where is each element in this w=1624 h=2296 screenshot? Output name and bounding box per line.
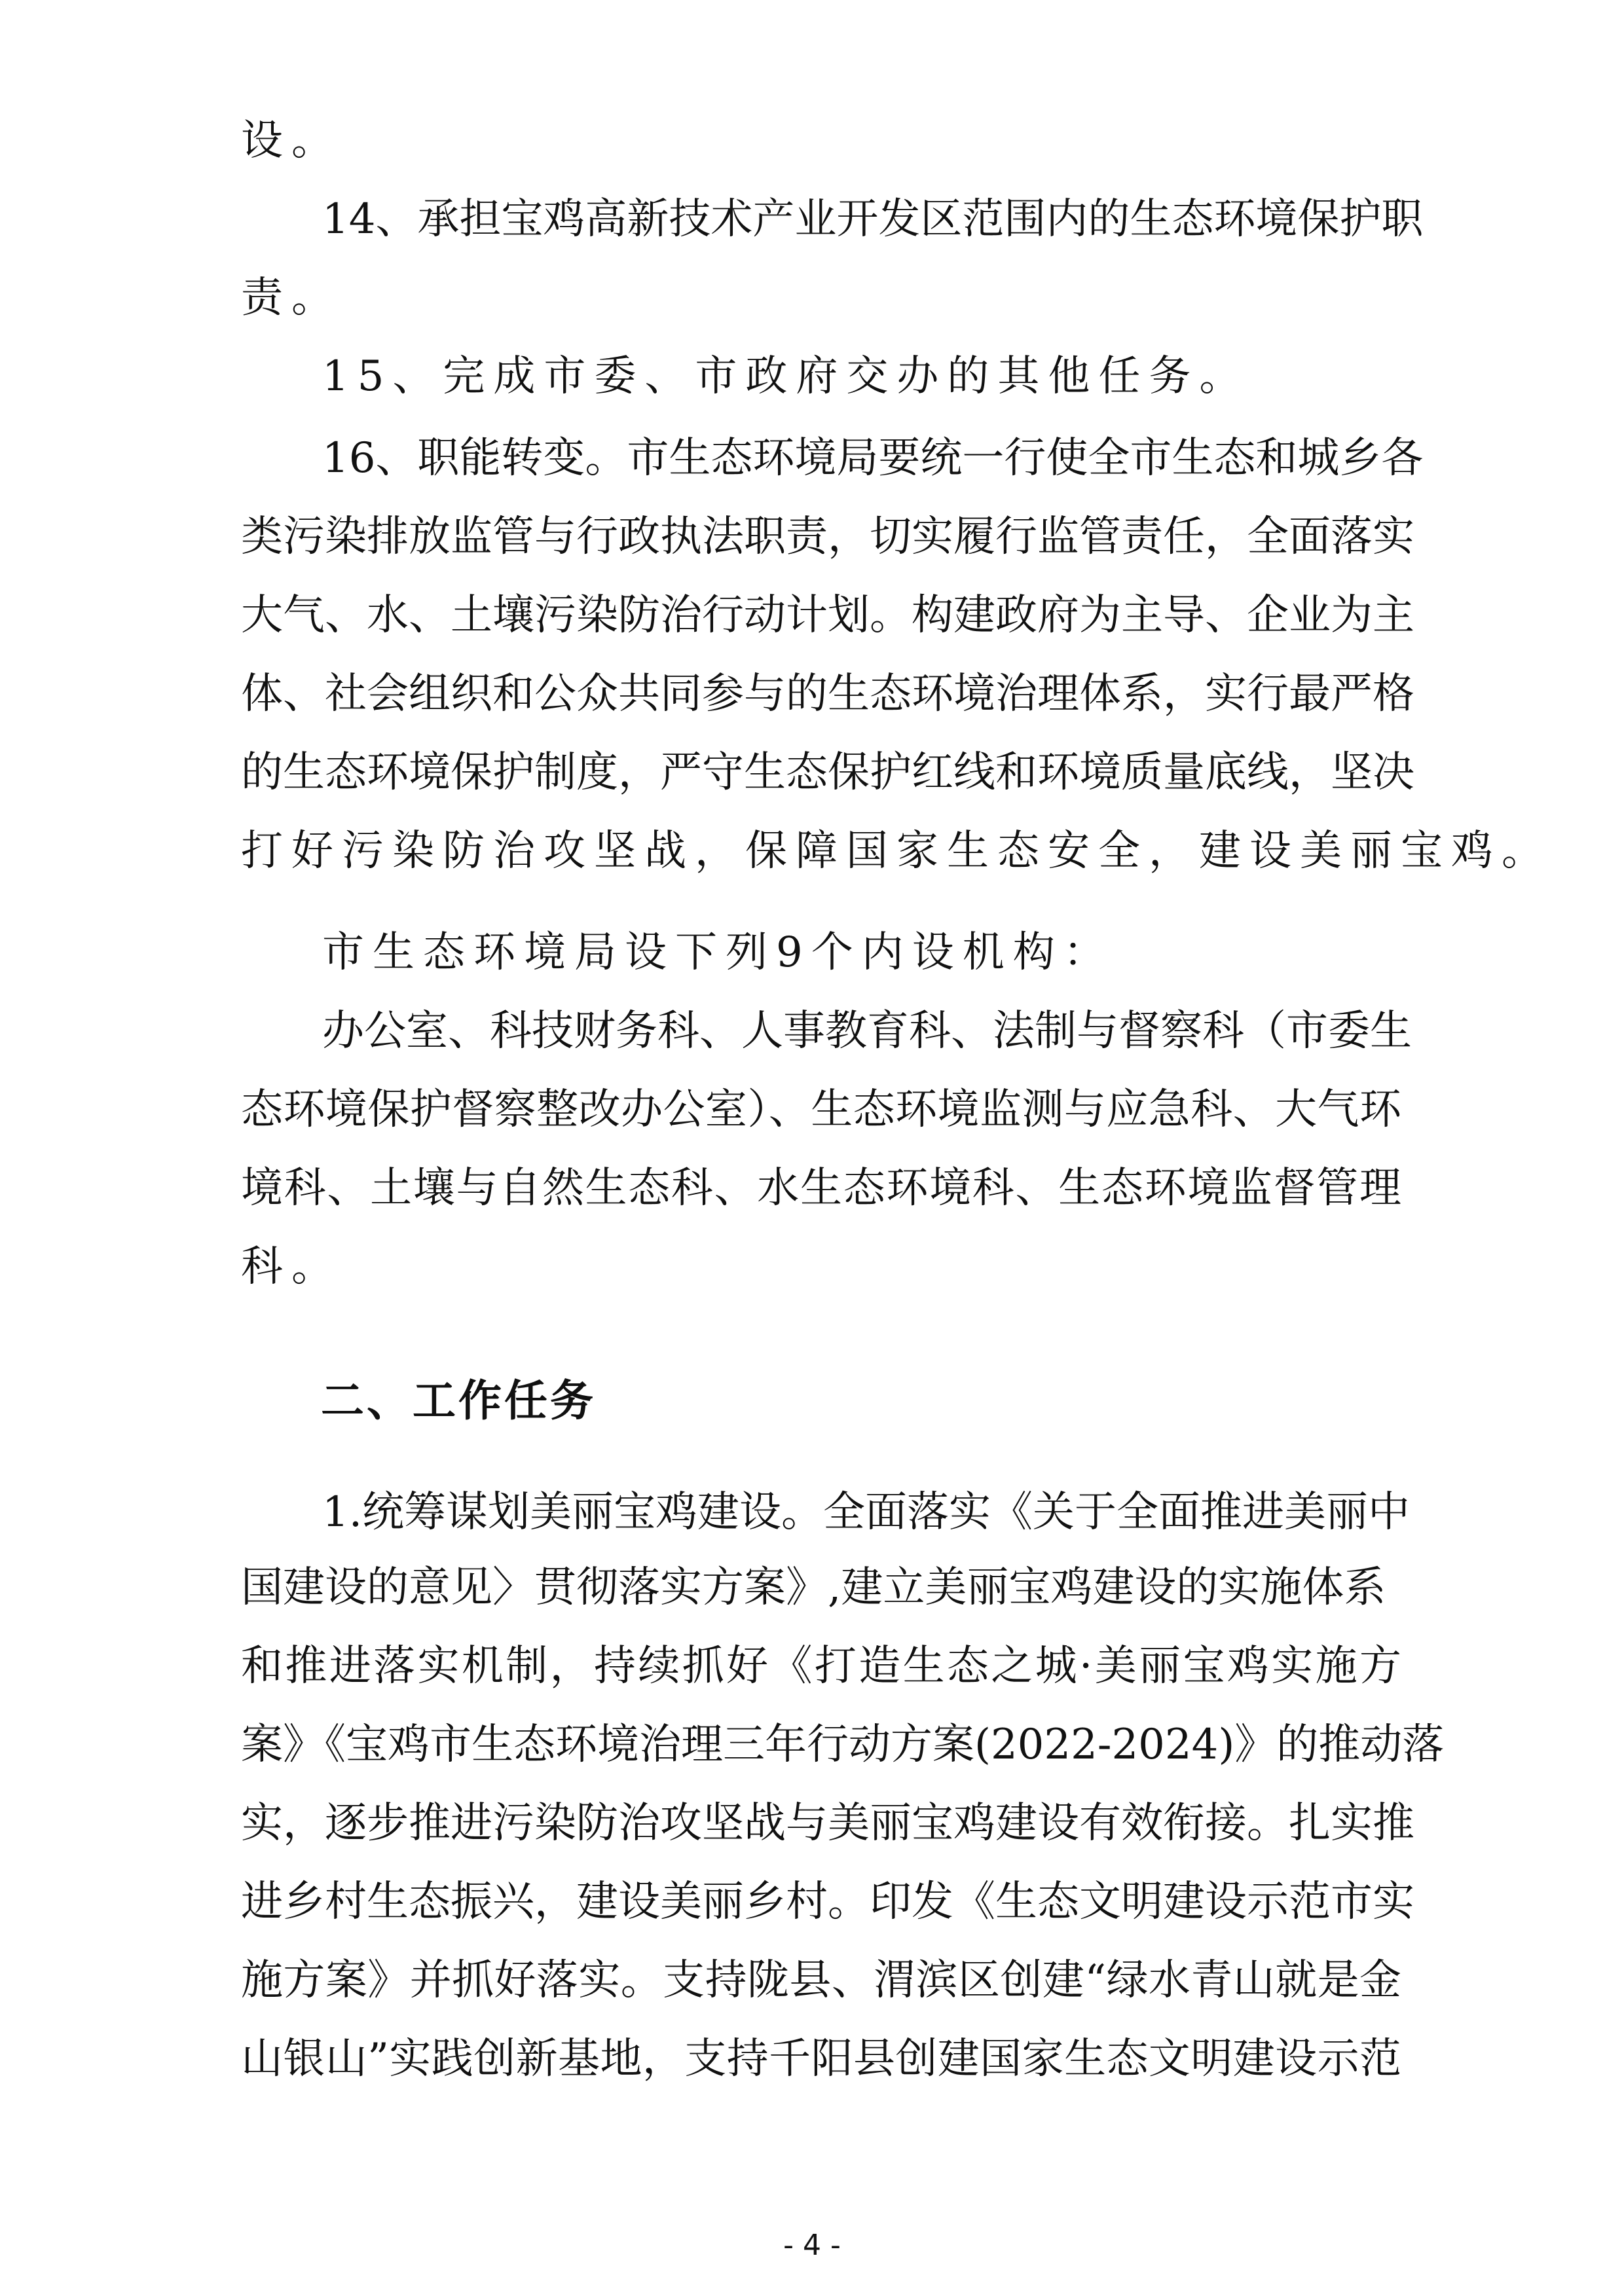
task-text-line: 山银山”实践创新基地，支持千阳县创建国家生态文明建设示范 xyxy=(241,2028,1401,2090)
body-text-line: 14、承担宝鸡高新技术产业开发区范围内的生态环境保护职 xyxy=(322,188,1401,251)
body-text-line: 境科、土壤与自然生态科、水生态环境科、生态环境监督管理 xyxy=(241,1157,1401,1220)
task-text-line: 案》《宝鸡市生态环境治理三年行动方案(2022-2024)》的推动落 xyxy=(241,1713,1401,1776)
body-text-line: 打好污染防治攻坚战，保障国家生态安全，建设美丽宝鸡。 xyxy=(241,820,1401,883)
body-text-line: 责。 xyxy=(241,266,1401,329)
body-text-line: 科。 xyxy=(241,1235,1401,1298)
page-number: - 4 - xyxy=(0,2226,1624,2265)
task-text-line: 和推进落实机制，持续抓好《打造生态之城·美丽宝鸡实施方 xyxy=(241,1635,1401,1698)
body-text-line: 体、社会组织和公众共同参与的生态环境治理体系，实行最严格 xyxy=(241,663,1401,725)
section-heading: 二、工作任务 xyxy=(321,1368,596,1434)
task-text-line: 国建设的意见〉贯彻落实方案》,建立美丽宝鸡建设的实施体系 xyxy=(241,1556,1354,1619)
body-text-line: 设。 xyxy=(241,109,1401,172)
body-text-line: 类污染排放监管与行政执法职责，切实履行监管责任，全面落实 xyxy=(241,505,1401,568)
body-text-line: 态环境保护督察整改办公室）、生态环境监测与应急科、大气环 xyxy=(241,1078,1401,1141)
body-text-line: 市生态环境局设下列9个内设机构： xyxy=(322,921,1401,984)
task-text-line: 1.统筹谋划美丽宝鸡建设。全面落实《关于全面推进美丽中 xyxy=(322,1481,1401,1544)
body-text-line: 大气、水、土壤污染防治行动计划。构建政府为主导、企业为主 xyxy=(241,584,1401,647)
task-text-line: 施方案》并抓好落实。支持陇县、渭滨区创建“绿水青山就是金 xyxy=(241,1949,1401,2012)
body-text-line: 办公室、科技财务科、人事教育科、法制与督察科（市委生 xyxy=(322,1000,1401,1063)
document-page: 设。 14、承担宝鸡高新技术产业开发区范围内的生态环境保护职 责。 15、完成市… xyxy=(0,0,1624,2296)
task-text-line: 实，逐步推进污染防治攻坚战与美丽宝鸡建设有效衔接。扎实推 xyxy=(241,1792,1401,1855)
body-text-line: 16、职能转变。市生态环境局要统一行使全市生态和城乡各 xyxy=(322,427,1401,490)
body-text-line: 15、完成市委、市政府交办的其他任务。 xyxy=(322,345,1401,408)
task-text-line: 进乡村生态振兴，建设美丽乡村。印发《生态文明建设示范市实 xyxy=(241,1870,1401,1933)
body-text-line: 的生态环境保护制度，严守生态保护红线和环境质量底线，坚决 xyxy=(241,741,1401,804)
